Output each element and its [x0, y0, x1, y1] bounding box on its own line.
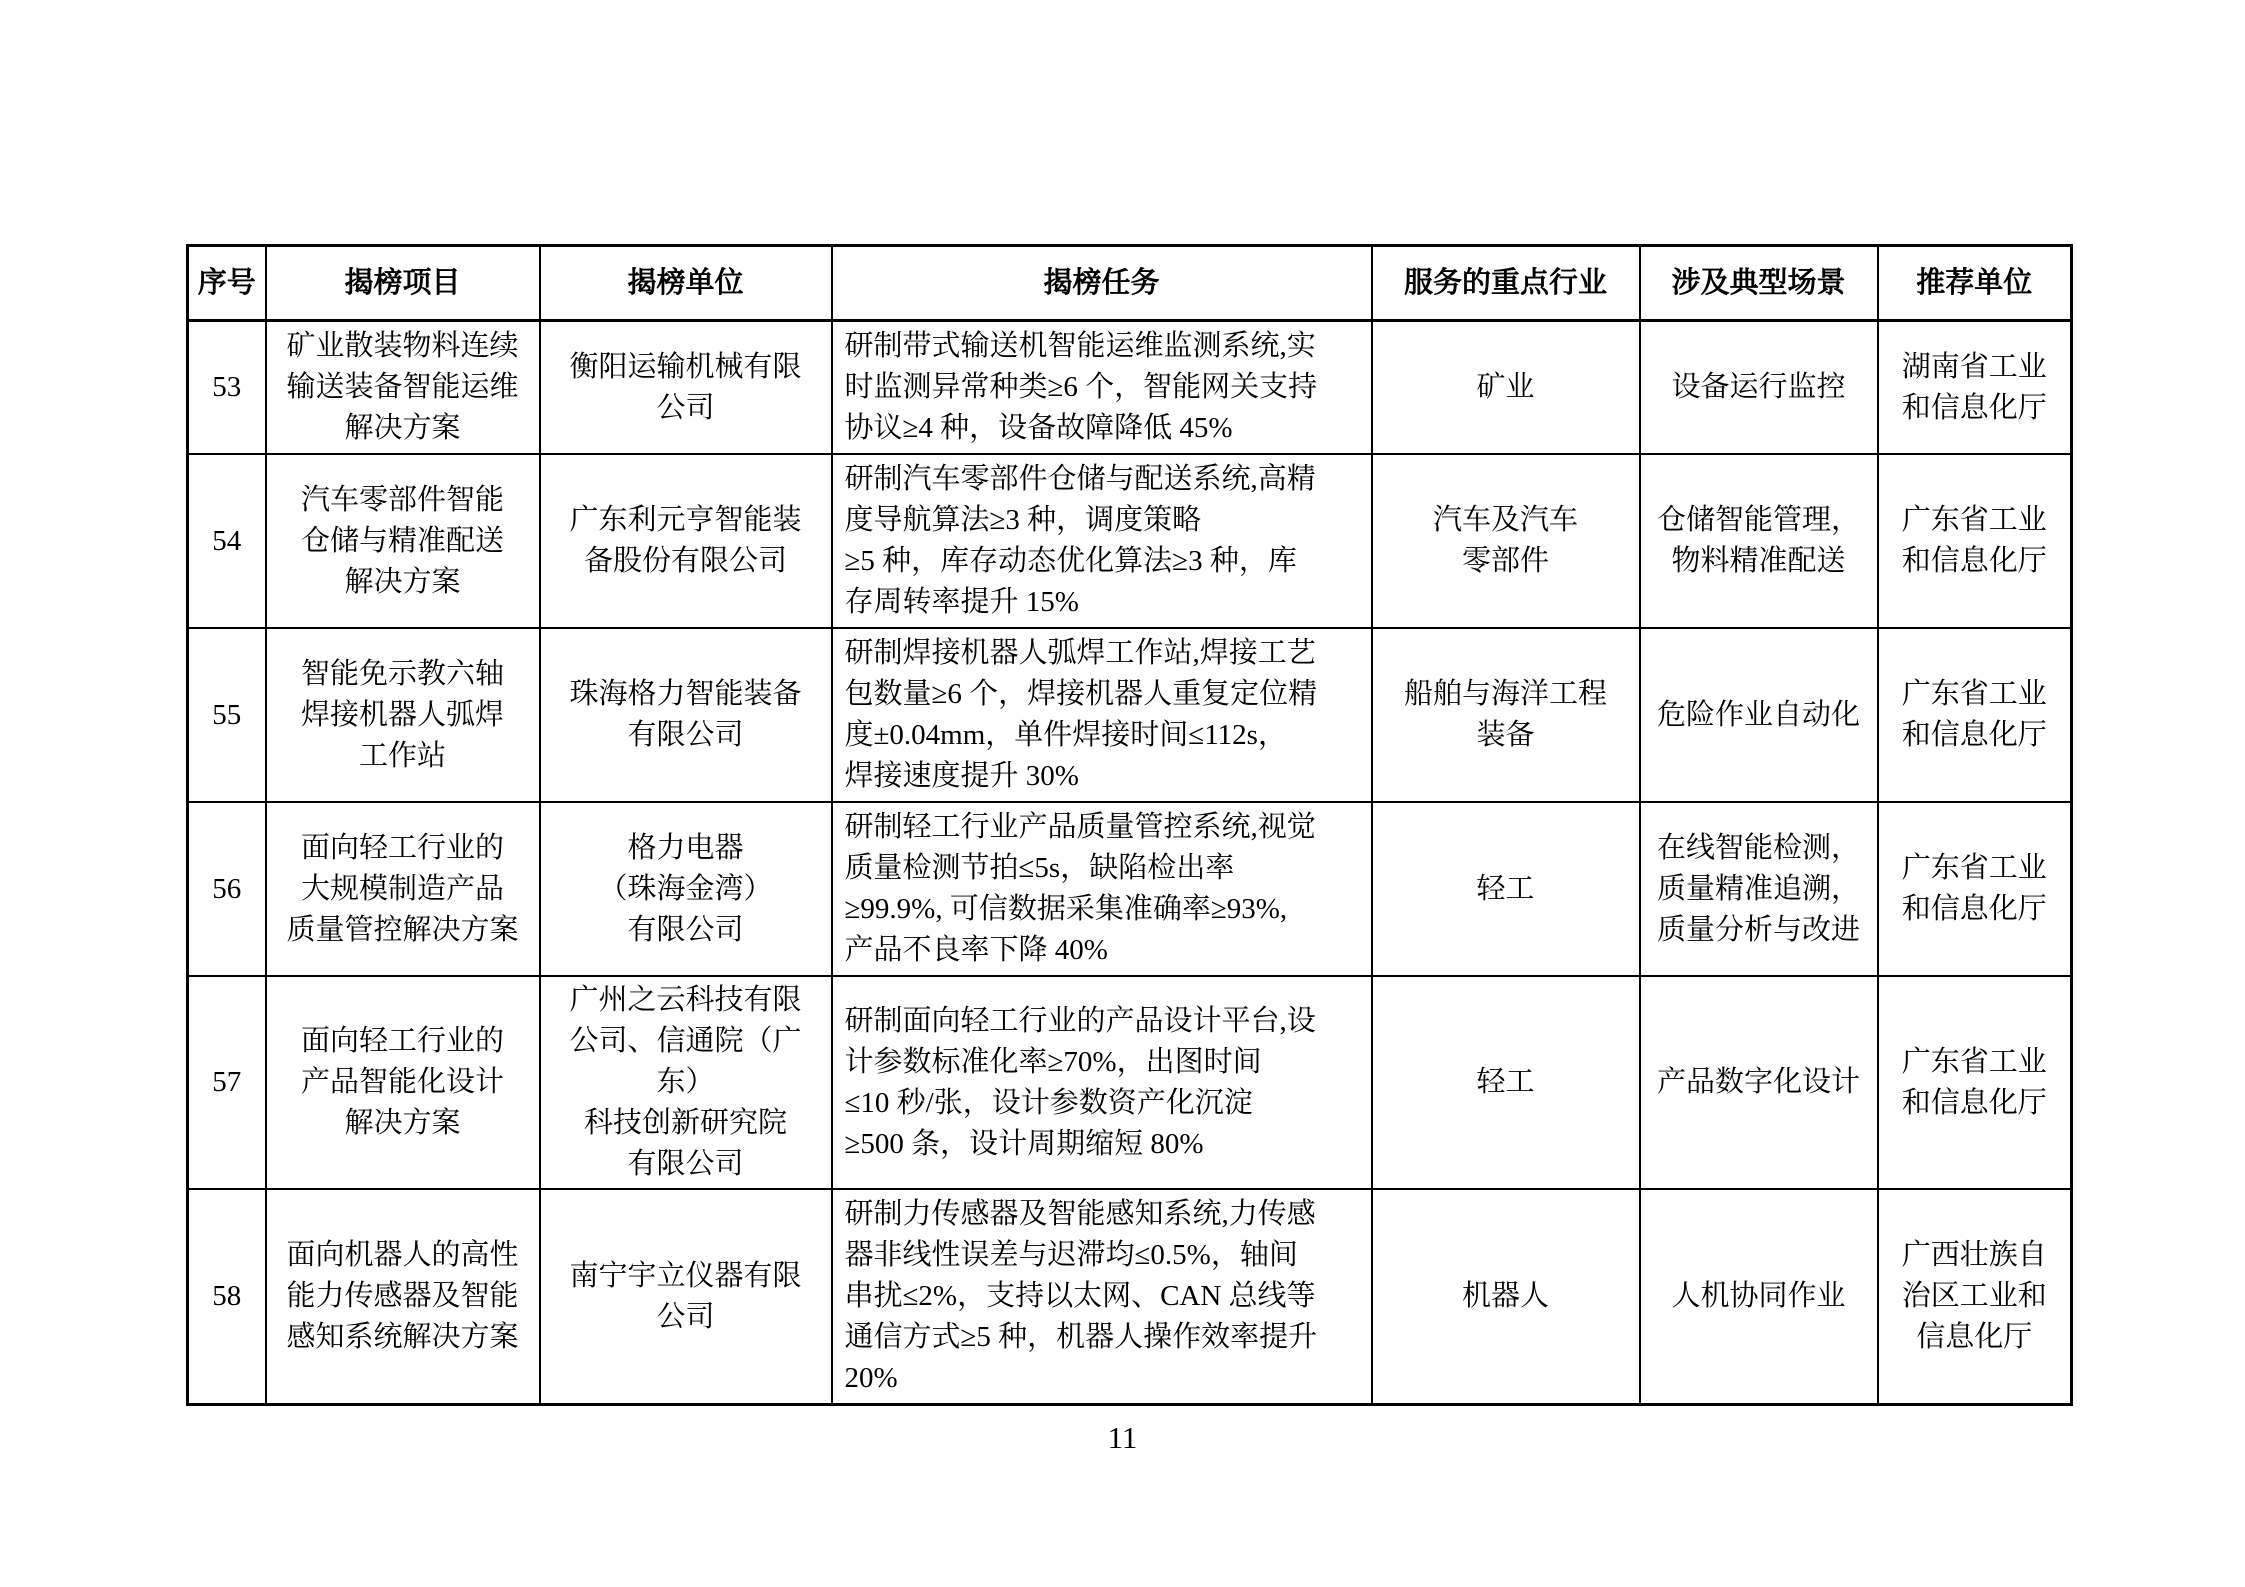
cell-unit: 珠海格力智能装备 有限公司 — [540, 628, 832, 802]
cell-industry: 轻工 — [1372, 802, 1640, 976]
cell-scenario: 人机协同作业 — [1640, 1189, 1878, 1405]
cell-seq: 56 — [188, 802, 266, 976]
cell-scenario: 设备运行监控 — [1640, 321, 1878, 455]
cell-task: 研制焊接机器人弧焊工作站,焊接工艺 包数量≥6 个，焊接机器人重复定位精 度±0… — [832, 628, 1372, 802]
cell-industry: 矿业 — [1372, 321, 1640, 455]
cell-unit: 格力电器 （珠海金湾） 有限公司 — [540, 802, 832, 976]
cell-project: 面向轻工行业的 大规模制造产品 质量管控解决方案 — [266, 802, 540, 976]
cell-task: 研制汽车零部件仓储与配送系统,高精 度导航算法≥3 种，调度策略 ≥5 种，库存… — [832, 454, 1372, 628]
header-unit: 揭榜单位 — [540, 246, 832, 321]
cell-scenario: 在线智能检测， 质量精准追溯， 质量分析与改进 — [1640, 802, 1878, 976]
cell-industry: 轻工 — [1372, 976, 1640, 1189]
table-row-56: 56 面向轻工行业的 大规模制造产品 质量管控解决方案 格力电器 （珠海金湾） … — [188, 802, 2072, 976]
cell-recommender: 广东省工业 和信息化厅 — [1878, 628, 2072, 802]
document-page: 序号 揭榜项目 揭榜单位 揭榜任务 服务的重点行业 涉及典型场景 推荐单位 53… — [0, 0, 2245, 1587]
cell-scenario: 危险作业自动化 — [1640, 628, 1878, 802]
cell-seq: 58 — [188, 1189, 266, 1405]
cell-project: 面向轻工行业的 产品智能化设计 解决方案 — [266, 976, 540, 1189]
cell-industry: 机器人 — [1372, 1189, 1640, 1405]
cell-project: 面向机器人的高性 能力传感器及智能 感知系统解决方案 — [266, 1189, 540, 1405]
cell-scenario: 仓储智能管理， 物料精准配送 — [1640, 454, 1878, 628]
cell-unit: 广东利元亨智能装 备股份有限公司 — [540, 454, 832, 628]
cell-industry: 船舶与海洋工程 装备 — [1372, 628, 1640, 802]
cell-unit: 衡阳运输机械有限 公司 — [540, 321, 832, 455]
cell-seq: 55 — [188, 628, 266, 802]
header-row: 序号 揭榜项目 揭榜单位 揭榜任务 服务的重点行业 涉及典型场景 推荐单位 — [188, 246, 2072, 321]
cell-recommender: 广东省工业 和信息化厅 — [1878, 802, 2072, 976]
cell-unit: 广州之云科技有限 公司、信通院（广东） 科技创新研究院 有限公司 — [540, 976, 832, 1189]
cell-recommender: 广东省工业 和信息化厅 — [1878, 454, 2072, 628]
cell-recommender: 湖南省工业 和信息化厅 — [1878, 321, 2072, 455]
cell-industry: 汽车及汽车 零部件 — [1372, 454, 1640, 628]
header-industry: 服务的重点行业 — [1372, 246, 1640, 321]
table-row-57: 57 面向轻工行业的 产品智能化设计 解决方案 广州之云科技有限 公司、信通院（… — [188, 976, 2072, 1189]
cell-unit: 南宁宇立仪器有限 公司 — [540, 1189, 832, 1405]
header-task: 揭榜任务 — [832, 246, 1372, 321]
page-number: 11 — [0, 1418, 2245, 1458]
cell-recommender: 广西壮族自 治区工业和 信息化厅 — [1878, 1189, 2072, 1405]
cell-task: 研制力传感器及智能感知系统,力传感 器非线性误差与迟滞均≤0.5%，轴间 串扰≤… — [832, 1189, 1372, 1405]
table-row-53: 53 矿业散装物料连续 输送装备智能运维 解决方案 衡阳运输机械有限 公司 研制… — [188, 321, 2072, 455]
cell-seq: 54 — [188, 454, 266, 628]
cell-task: 研制面向轻工行业的产品设计平台,设 计参数标准化率≥70%，出图时间 ≤10 秒… — [832, 976, 1372, 1189]
cell-task: 研制轻工行业产品质量管控系统,视觉 质量检测节拍≤5s，缺陷检出率 ≥99.9%… — [832, 802, 1372, 976]
cell-task: 研制带式输送机智能运维监测系统,实 时监测异常种类≥6 个，智能网关支持 协议≥… — [832, 321, 1372, 455]
cell-project: 汽车零部件智能 仓储与精准配送 解决方案 — [266, 454, 540, 628]
header-seq: 序号 — [188, 246, 266, 321]
cell-scenario: 产品数字化设计 — [1640, 976, 1878, 1189]
cell-project: 矿业散装物料连续 输送装备智能运维 解决方案 — [266, 321, 540, 455]
header-recommender: 推荐单位 — [1878, 246, 2072, 321]
cell-seq: 57 — [188, 976, 266, 1189]
table-row-58: 58 面向机器人的高性 能力传感器及智能 感知系统解决方案 南宁宇立仪器有限 公… — [188, 1189, 2072, 1405]
cell-seq: 53 — [188, 321, 266, 455]
header-project: 揭榜项目 — [266, 246, 540, 321]
table-row-54: 54 汽车零部件智能 仓储与精准配送 解决方案 广东利元亨智能装 备股份有限公司… — [188, 454, 2072, 628]
table-row-55: 55 智能免示教六轴 焊接机器人弧焊 工作站 珠海格力智能装备 有限公司 研制焊… — [188, 628, 2072, 802]
cell-recommender: 广东省工业 和信息化厅 — [1878, 976, 2072, 1189]
projects-table: 序号 揭榜项目 揭榜单位 揭榜任务 服务的重点行业 涉及典型场景 推荐单位 53… — [186, 244, 2073, 1406]
header-scenario: 涉及典型场景 — [1640, 246, 1878, 321]
cell-project: 智能免示教六轴 焊接机器人弧焊 工作站 — [266, 628, 540, 802]
